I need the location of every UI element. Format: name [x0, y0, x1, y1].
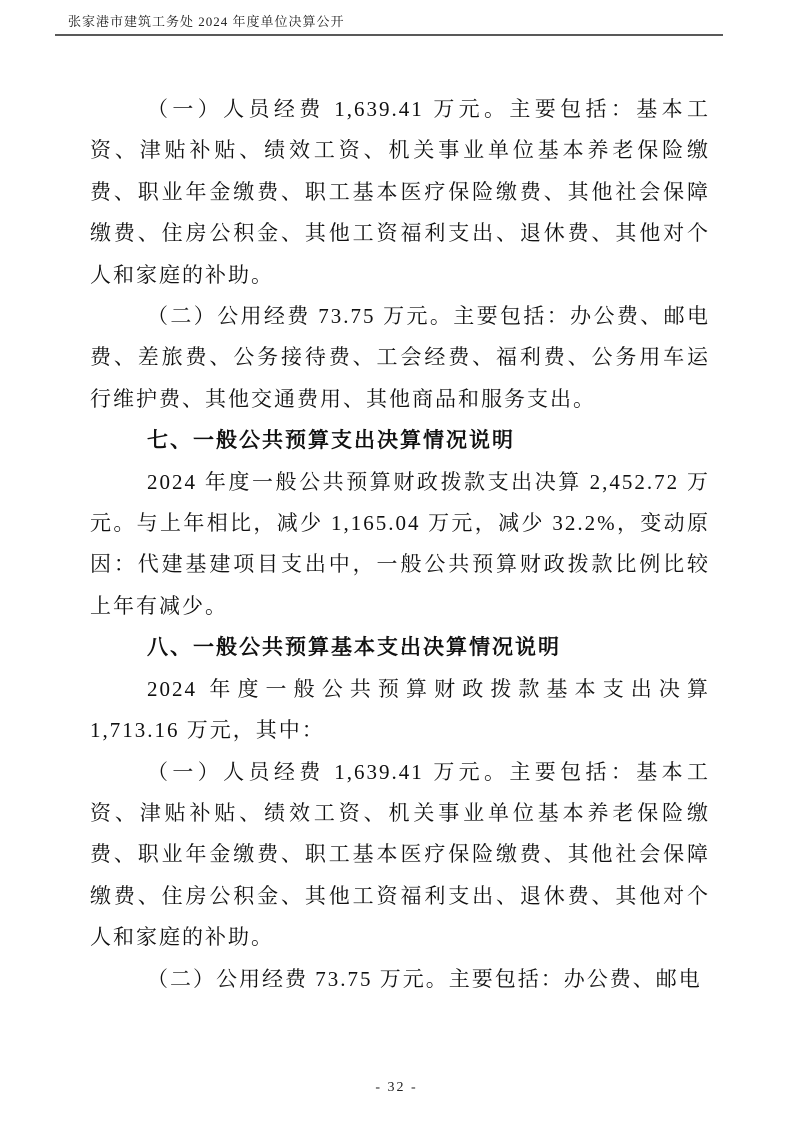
section-heading: 八、一般公共预算基本支出决算情况说明: [90, 627, 710, 668]
page-footer: - 32 -: [0, 1078, 793, 1096]
paragraph: （二）公用经费 73.75 万元。主要包括：办公费、邮电费、差旅费、公务接待费、…: [90, 296, 710, 420]
paragraph: （二）公用经费 73.75 万元。主要包括：办公费、邮电: [90, 959, 710, 1000]
header-title: 张家港市建筑工务处 2024 年度单位决算公开: [55, 11, 723, 30]
page-number: - 32 -: [375, 1080, 417, 1095]
paragraph: 2024 年度一般公共预算财政拨款支出决算 2,452.72 万元。与上年相比，…: [90, 462, 710, 628]
paragraph: （一）人员经费 1,639.41 万元。主要包括：基本工资、津贴补贴、绩效工资、…: [90, 752, 710, 959]
document-page: 张家港市建筑工务处 2024 年度单位决算公开 （一）人员经费 1,639.41…: [0, 0, 793, 1122]
document-body: （一）人员经费 1,639.41 万元。主要包括：基本工资、津贴补贴、绩效工资、…: [90, 89, 710, 1000]
page-header: 张家港市建筑工务处 2024 年度单位决算公开: [55, 11, 723, 36]
paragraph: 2024 年度一般公共预算财政拨款基本支出决算 1,713.16 万元，其中：: [90, 669, 710, 752]
section-heading: 七、一般公共预算支出决算情况说明: [90, 420, 710, 461]
paragraph: （一）人员经费 1,639.41 万元。主要包括：基本工资、津贴补贴、绩效工资、…: [90, 89, 710, 296]
